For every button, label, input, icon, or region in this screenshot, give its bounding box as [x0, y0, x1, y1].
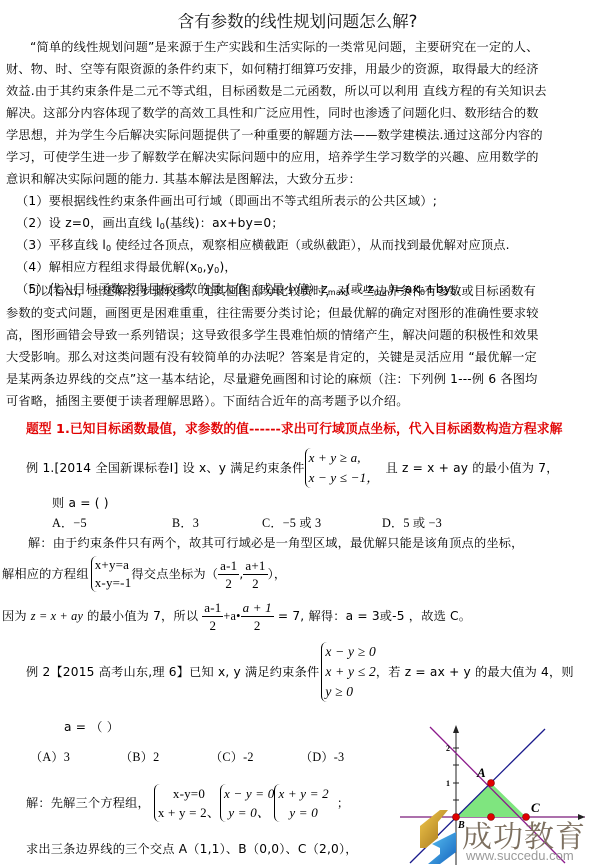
- step-1: （1）要根据线性约束条件画出可行域（即画出不等式组所表示的公共区域）;: [16, 190, 595, 212]
- example-2-suffix: ，若 z = ax + y 的最大值为 4，则: [376, 661, 574, 683]
- option-d: D．5 或 −3: [382, 512, 442, 534]
- constraint: x + y ≤ 2: [325, 662, 376, 682]
- intro-line: 效益.由于其约束条件是二元不等式组，目标函数是二元函数，所以可以利用 直线方程的…: [6, 80, 591, 102]
- math-expr: z = x + ay: [31, 605, 83, 627]
- para-line: 可以看出，上述解法步骤较多，尤其画图部分比较费时，对一些边界条件有参数或目标函数…: [28, 280, 590, 302]
- intro-line: 学习，可使学生进一步了解数学在解决实际问题中的应用，培养学生学习数学的兴趣、应用…: [6, 146, 591, 168]
- equation: x-y=0: [173, 784, 205, 803]
- constraint: x − y ≥ 0: [325, 642, 376, 662]
- text: 得交点坐标为（: [131, 563, 218, 585]
- option-b: B．3: [172, 512, 199, 534]
- text: 解相应的方程组: [2, 563, 89, 585]
- step-text: )，: [219, 260, 236, 274]
- section-heading-type1: 题型 1.已知目标函数最值，求参数的值------求出可行域顶点坐标，代入目标函…: [26, 418, 562, 437]
- para-line: 高，图形画错会导致一系列错误；这导致很多学生畏难怕烦的情绪产生，解决问题的积极性…: [6, 324, 591, 346]
- example-1-question: 则 a = ( ): [52, 492, 595, 514]
- equation-system: x − y = 0 y = 0、: [220, 784, 274, 822]
- step-text: (基线)：ax+by=0；: [165, 216, 284, 230]
- text: ；: [337, 792, 349, 814]
- para-line: 可省略，插图主要便于读者理解思路）。下面结合近年的高考题予以介绍。: [6, 390, 591, 412]
- equation: x + y = 2、: [158, 803, 220, 822]
- intro-line: 解决。这部分内容体现了数学的高效工具性和广泛应用性，同时也渗透了问题化归、数形结…: [6, 102, 591, 124]
- example-1-suffix: 且 z = x + ay 的最小值为 7，: [385, 457, 558, 479]
- equation: x − y = 0: [224, 784, 274, 803]
- numerator: a+1: [243, 557, 267, 575]
- example-1-statement: 例 1.[2014 全国新课标卷Ⅰ] 设 x、y 满足约束条件 x + y ≥ …: [26, 448, 591, 488]
- denominator: 2: [254, 617, 261, 634]
- equation-system: x+y=a x-y=-1: [91, 556, 132, 592]
- option-a: （A）3: [30, 746, 70, 768]
- option-d: （D）-3: [300, 746, 344, 768]
- text: 解：先解三个方程组，: [26, 792, 150, 814]
- step-label: （1）: [16, 194, 49, 208]
- math-expr: +a•: [223, 605, 240, 627]
- example-1-solution-line1: 解：由于约束条件只有两个，故其可行域必是一角型区域，最优解只能是该角顶点的坐标，: [28, 532, 595, 554]
- equation-system: x + y = 2 y = 0: [274, 784, 328, 822]
- denominator: 2: [225, 575, 232, 592]
- denominator: 2: [209, 617, 216, 634]
- equation: x-y=-1: [95, 574, 132, 592]
- equation: y = 0、: [228, 803, 270, 822]
- option-b: （B）2: [120, 746, 159, 768]
- equation: x + y = 2: [278, 784, 328, 803]
- intro-line: 意识和解决实际问题的能力. 其基本解法是图解法，大致分五步：: [6, 168, 591, 190]
- denominator: 2: [252, 575, 259, 592]
- option-c: （C）-2: [210, 746, 254, 768]
- constraint: y ≥ 0: [325, 682, 376, 702]
- intro-line: “简单的线性规划问题”是来源于生产实践和生活实际的一类常见问题，主要研究在一定的…: [30, 36, 590, 58]
- numerator: a + 1: [241, 599, 274, 617]
- numerator: a-1: [202, 599, 223, 617]
- equation-system: x-y=0 x + y = 2、: [154, 784, 220, 822]
- para-line: 大受影响。那么对这类问题有没有较简单的办法呢？答案是肯定的，关键是灵活应用 “最…: [6, 346, 591, 368]
- step-text: ,y: [203, 260, 215, 274]
- page-title: 含有参数的线性规划问题怎么解?: [0, 8, 595, 32]
- option-c: C．−5 或 3: [262, 512, 321, 534]
- step-label: （3）: [16, 238, 49, 252]
- step-label: （4）: [16, 260, 49, 274]
- fraction: a+12: [243, 557, 267, 592]
- fraction: a-12: [202, 599, 223, 634]
- constraint-system: x − y ≥ 0 x + y ≤ 2 y ≥ 0: [321, 642, 376, 702]
- step-text: 解相应方程组求得最优解(x: [49, 260, 198, 274]
- y-tick-2: 2: [446, 744, 450, 753]
- example-2-prefix: 例 2【2015 高考山东,理 6】已知 x, y 满足约束条件: [26, 661, 319, 683]
- fraction: a-12: [218, 557, 239, 592]
- equation: y = 0: [289, 803, 318, 822]
- example-1-solution-line3: 因为 z = x + ay 的最小值为 7，所以 a-12 +a• a + 12…: [2, 596, 587, 636]
- equation: x+y=a: [95, 556, 132, 574]
- watermark-url: www.succedu.com: [466, 848, 574, 863]
- example-1-solution-line2: 解相应的方程组 x+y=a x-y=-1 得交点坐标为（ a-12 , a+12…: [2, 556, 587, 592]
- example-1-prefix: 例 1.[2014 全国新课标卷Ⅰ] 设 x、y 满足约束条件: [26, 457, 305, 479]
- constraint-system: x + y ≥ a, x − y ≤ −1，: [305, 448, 380, 488]
- constraint: x + y ≥ a,: [309, 448, 380, 468]
- intro-line: 学思想，并为学生今后解决实际问题提供了一种重要的解题方法——数学建模法.通过这部…: [6, 124, 591, 146]
- step-text: 平移直线 l: [49, 238, 106, 252]
- text: ），: [268, 563, 287, 585]
- brand-logo-icon: [418, 808, 458, 866]
- para-line: 是某两条边界线的交点”这一基本结论，尽量避免画图和讨论的麻烦（注：下列例 1--…: [6, 368, 591, 390]
- example-2-statement: 例 2【2015 高考山东,理 6】已知 x, y 满足约束条件 x − y ≥…: [26, 640, 591, 704]
- intro-line: 财、物、时、空等有限资源的条件约束下，如何精打细算巧安排，用最少的资源，取得最大…: [6, 58, 591, 80]
- point-a-label: A: [476, 765, 486, 780]
- step-text: 设 z=0，画出直线 l: [49, 216, 160, 230]
- text: 的最小值为 7，所以: [87, 605, 198, 627]
- step-text: 要根据线性约束条件画出可行域（即画出不等式组所表示的公共区域）;: [49, 194, 437, 208]
- numerator: a-1: [218, 557, 239, 575]
- fraction: a + 12: [241, 599, 274, 634]
- step-label: （2）: [16, 216, 49, 230]
- constraint: x − y ≤ −1，: [309, 468, 380, 488]
- text: = 7, 解得：a = 3或-5 ，故选 C。: [278, 605, 471, 627]
- para-line: 参数的变式问题，画图更是困难重重，往往需要分类讨论；但最优解的确定对图形的准确性…: [6, 302, 591, 324]
- y-tick-1: 1: [446, 779, 450, 788]
- text: 因为: [2, 605, 27, 627]
- option-a: A．−5: [52, 512, 87, 534]
- step-text: 使经过各顶点，观察相应横截距（或纵截距），从而找到最优解对应顶点.: [111, 238, 509, 252]
